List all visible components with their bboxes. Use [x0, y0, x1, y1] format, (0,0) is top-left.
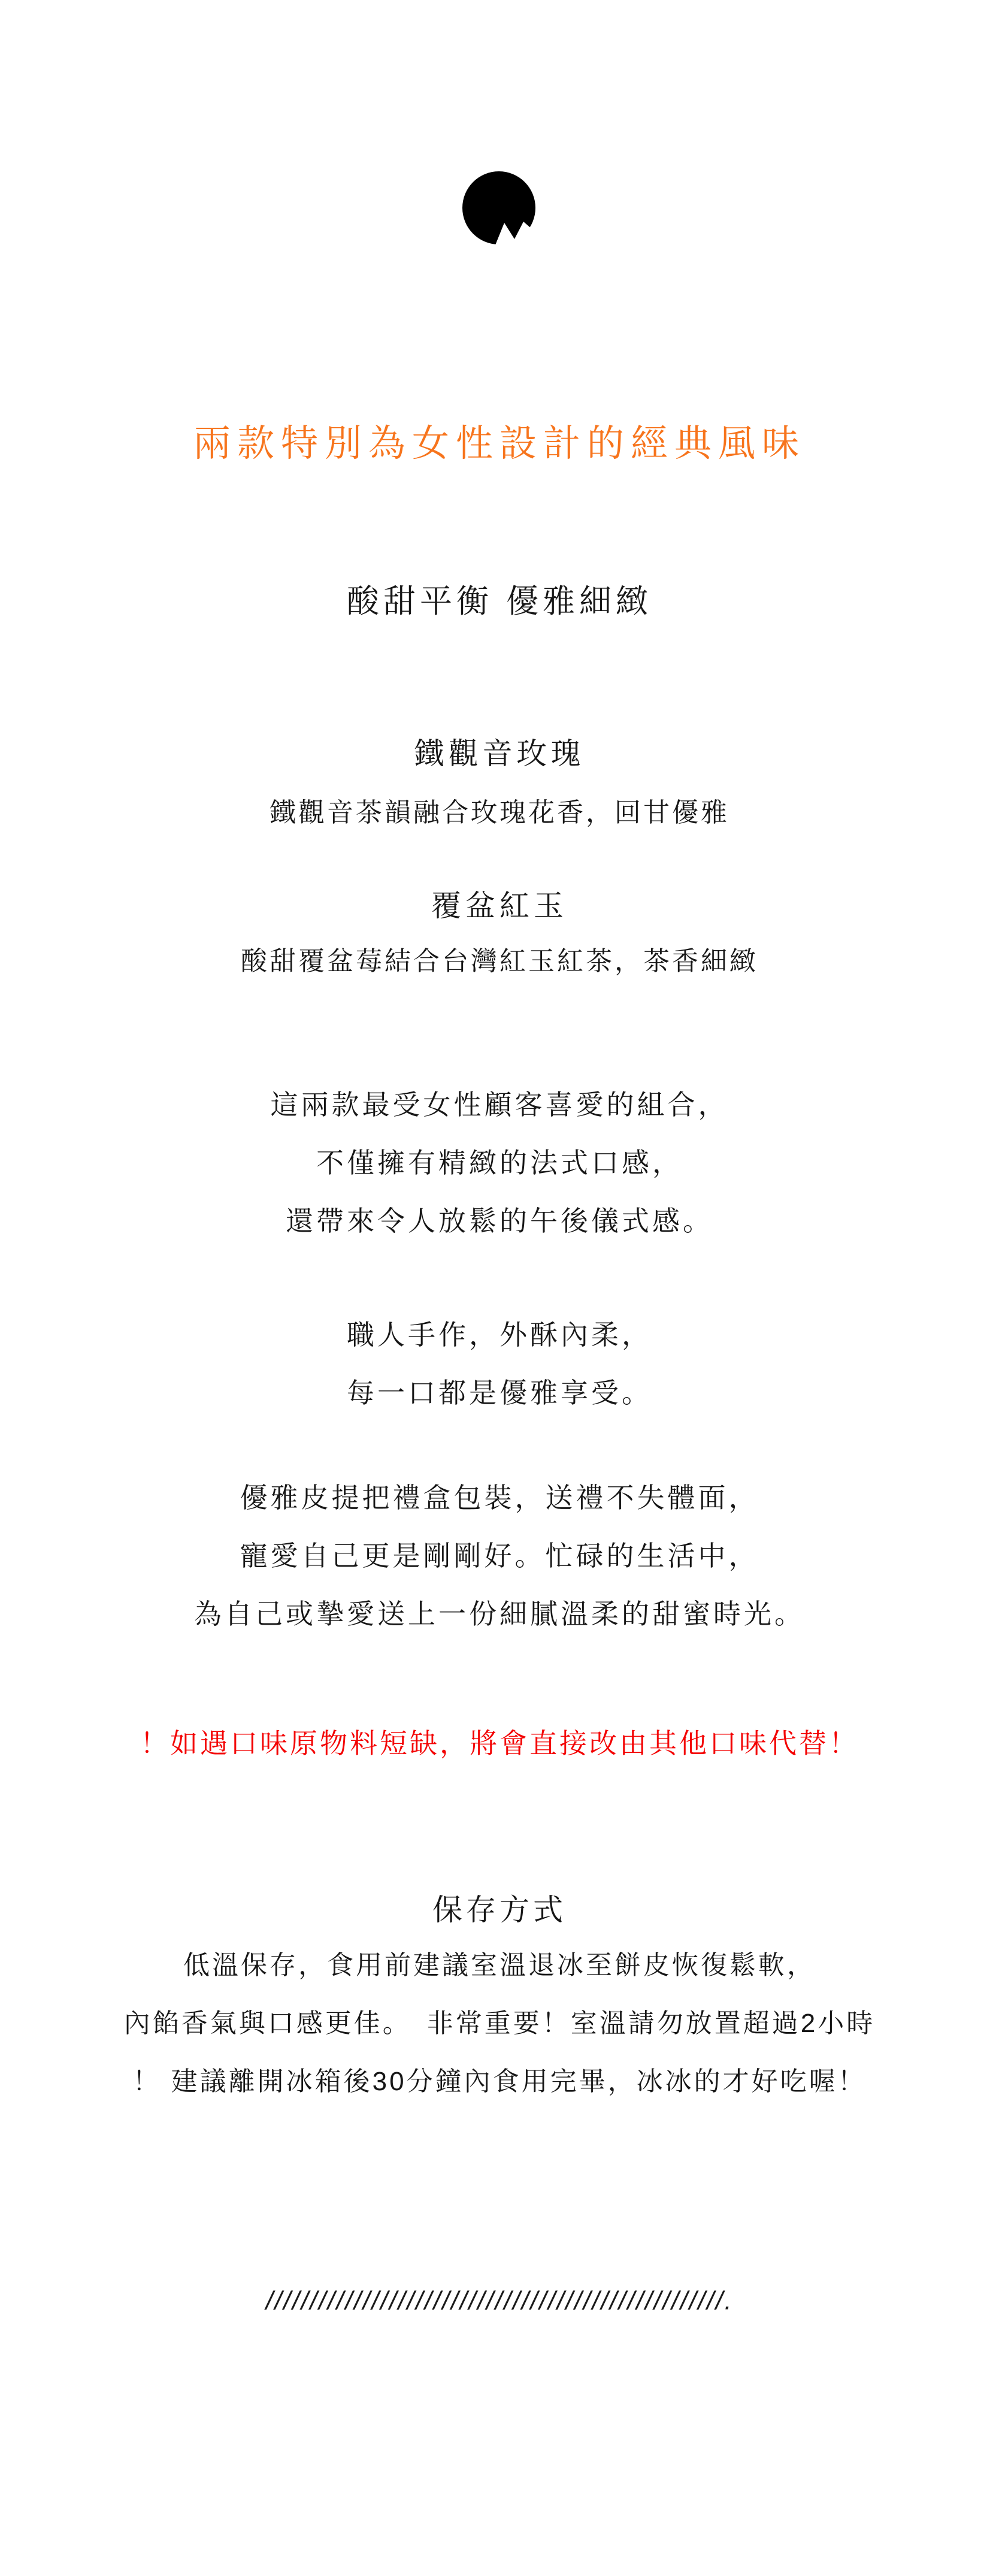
intro-paragraph-line: 還帶來令人放鬆的午後儀式感。: [0, 1192, 999, 1250]
page-subtitle: 酸甜平衡 優雅細緻: [0, 576, 999, 622]
flavor-description-raspberry-ruby: 酸甜覆盆莓結合台灣紅玉紅茶，茶香細緻: [0, 939, 999, 978]
storage-instructions-line: ！ 建議離開冰箱後30分鐘內食用完畢，冰冰的才好吃喔！: [0, 2052, 999, 2111]
flavor-name-tieguanyin-rose: 鐵觀音玫瑰: [0, 730, 999, 773]
craft-paragraph-line: 每一口都是優雅享受。: [0, 1364, 999, 1422]
slash-divider: ////////////////////////////////////////…: [0, 2286, 999, 2316]
gift-paragraph: 優雅皮提把禮盒包裝，送禮不失體面， 寵愛自己更是剛剛好。忙碌的生活中， 為自己或…: [0, 1469, 999, 1643]
storage-instructions: 低溫保存，食用前建議室溫退冰至餅皮恢復鬆軟， 內餡香氣與口感更佳。 非常重要！室…: [0, 1936, 999, 2111]
craft-paragraph: 職人手作，外酥內柔， 每一口都是優雅享受。: [0, 1306, 999, 1422]
gift-paragraph-line: 寵愛自己更是剛剛好。忙碌的生活中，: [0, 1527, 999, 1585]
craft-paragraph-line: 職人手作，外酥內柔，: [0, 1306, 999, 1364]
flavor-description-tieguanyin-rose: 鐵觀音茶韻融合玫瑰花香，回甘優雅: [0, 791, 999, 829]
intro-paragraph-line: 這兩款最受女性顧客喜愛的組合，: [0, 1076, 999, 1134]
product-description-page: { "page": { "background": "#ffffff", "ac…: [0, 0, 999, 2576]
intro-paragraph: 這兩款最受女性顧客喜愛的組合， 不僅擁有精緻的法式口感， 還帶來令人放鬆的午後儀…: [0, 1076, 999, 1250]
gift-paragraph-line: 優雅皮提把禮盒包裝，送禮不失體面，: [0, 1469, 999, 1527]
storage-instructions-line: 內餡香氣與口感更佳。 非常重要！室溫請勿放置超過2小時: [0, 1994, 999, 2052]
intro-paragraph-line: 不僅擁有精緻的法式口感，: [0, 1134, 999, 1192]
substitution-notice: ！如遇口味原物料短缺，將會直接改由其他口味代替！: [0, 1722, 999, 1761]
storage-section-title: 保存方式: [0, 1886, 999, 1929]
bitten-cookie-logo-icon: [462, 171, 537, 248]
flavor-name-raspberry-ruby: 覆盆紅玉: [0, 882, 999, 925]
storage-instructions-line: 低溫保存，食用前建議室溫退冰至餅皮恢復鬆軟，: [0, 1936, 999, 1994]
brand-logo: [0, 171, 999, 251]
gift-paragraph-line: 為自己或摯愛送上一份細膩溫柔的甜蜜時光。: [0, 1585, 999, 1643]
page-title: 兩款特別為女性設計的經典風味: [0, 413, 999, 467]
